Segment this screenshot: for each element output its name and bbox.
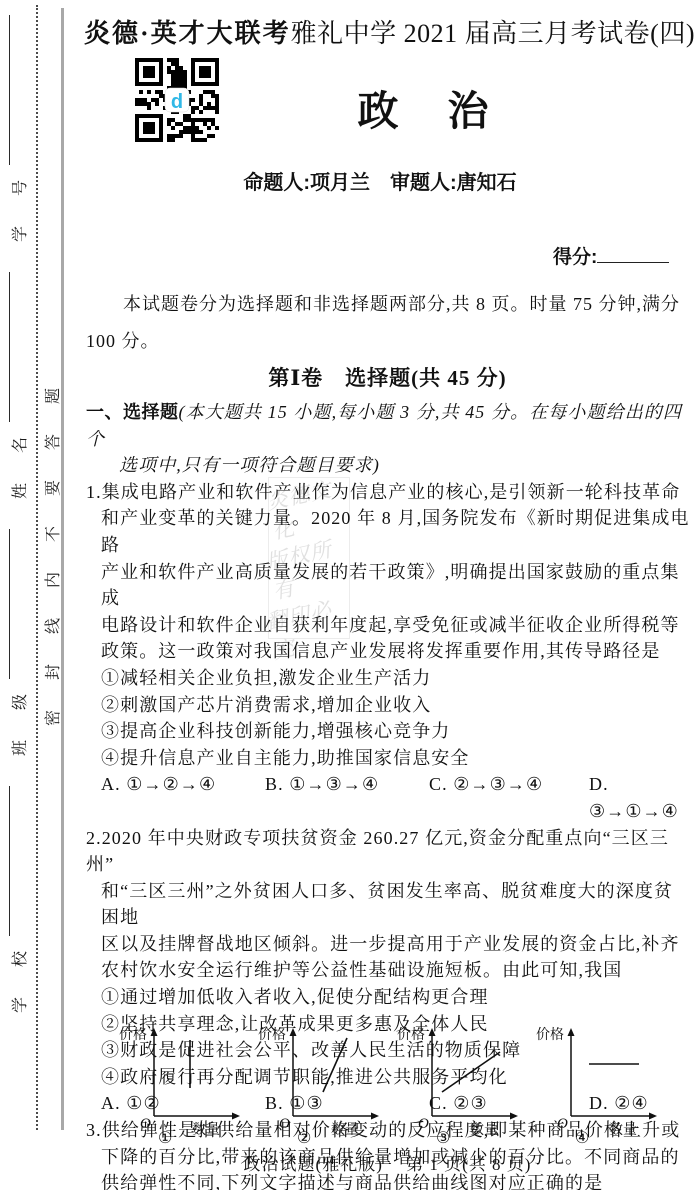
y-axis-arrow xyxy=(151,1028,158,1036)
question-line: 电路设计和软件企业自获利年度起,享受免征或减半征收企业所得税等 xyxy=(86,612,690,639)
question-line: 2.2020 年中央财政专项扶贫资金 260.27 亿元,资金分配重点向“三区三… xyxy=(86,825,690,878)
option-d: D. ③→①→④ xyxy=(589,771,690,824)
statement-item: ②刺激国产芯片消费需求,增加企业收入 xyxy=(86,692,690,719)
y-axis-label: 价格 xyxy=(536,1026,564,1043)
question-line: 和“三区三州”之外贫困人口多、贫困发生率高、脱贫难度大的深度贫困地 xyxy=(86,878,690,931)
options-row: A. ①→②→④ B. ①→③→④ C. ②→③→④ D. ③→①→④ xyxy=(86,771,690,824)
field-blank-school xyxy=(9,786,23,936)
exam-paper-page: 炎德文化 版权所有 翻印必究 学 校班 级姓 名学 号 密封线内不要答题 炎德·… xyxy=(0,0,700,1190)
question-line: 农村饮水安全运行维护等公益性基础设施短板。由此可知,我国 xyxy=(86,957,690,984)
x-axis-arrow xyxy=(510,1113,518,1120)
x-axis-label: 数量 xyxy=(609,1121,637,1138)
supply-curve xyxy=(323,1038,347,1092)
instructions-line: 100 分。 xyxy=(86,328,688,354)
y-axis-label: 价格 xyxy=(119,1026,147,1043)
origin-label: O xyxy=(140,1116,151,1132)
field-blank-class xyxy=(9,529,23,679)
y-axis-arrow xyxy=(290,1028,297,1036)
question-line: 1.集成电路产业和软件产业作为信息产业的核心,是引领新一轮科技革命 xyxy=(86,479,690,506)
option-b: B. ①→③→④ xyxy=(265,771,429,824)
field-label-name: 姓 名 xyxy=(12,424,29,499)
exam-brand: 炎德·英才大联考 xyxy=(84,19,291,48)
directions-lead: 一、选择题 xyxy=(86,402,179,422)
origin-label: O xyxy=(418,1116,429,1132)
seal-dotted-line xyxy=(36,5,38,1130)
statement-item: ③提高企业科技创新能力,增强核心竞争力 xyxy=(86,718,690,745)
field-label-class: 班 级 xyxy=(12,681,29,756)
statement-item: ①通过增加低收入者收入,促使分配结构更合理 xyxy=(86,984,690,1011)
student-info-fields: 学 校班 级姓 名学 号 xyxy=(7,108,33,1013)
x-axis-arrow xyxy=(649,1113,657,1120)
question-line: 和产业变革的关键力量。2020 年 8 月,国务院发布《新时期促进集成电路 xyxy=(86,505,690,558)
graph-4: 价格 O ④ 数量 xyxy=(535,1026,665,1148)
x-axis-label: 数量 xyxy=(470,1121,498,1138)
question-1: 1.集成电路产业和软件产业作为信息产业的核心,是引领新一轮科技革命 和产业变革的… xyxy=(86,479,690,825)
statement-item: ④提升信息产业自主能力,助推国家信息安全 xyxy=(86,745,690,772)
directions-line: 一、选择题(本大题共 15 小题,每小题 3 分,共 45 分。在每小题给出的四… xyxy=(86,399,690,452)
score-blank xyxy=(597,244,669,263)
x-axis-arrow xyxy=(232,1113,240,1120)
origin-label: O xyxy=(557,1116,568,1132)
question-line: 产业和软件产业高质量发展的若干政策》,明确提出国家鼓励的重点集成 xyxy=(86,559,690,612)
x-axis-label: 数量 xyxy=(192,1121,220,1138)
question-line: 供给弹性不同,下列文字描述与商品供给曲线图对应正确的是 xyxy=(86,1170,690,1190)
question-line: 区以及挂牌督战地区倾斜。进一步提高用于产业发展的资金占比,补齐 xyxy=(86,931,690,958)
field-label-student-number: 学 号 xyxy=(12,167,29,242)
statement-item: ①减轻相关企业负担,激发企业生产活力 xyxy=(86,665,690,692)
graph-3: 价格 O ③ 数量 xyxy=(396,1026,526,1148)
graph-number: ④ xyxy=(575,1130,589,1147)
y-axis-label: 价格 xyxy=(258,1026,286,1043)
examiners-line: 命题人:项月兰 审题人:唐知石 xyxy=(60,166,700,195)
field-label-school: 学 校 xyxy=(12,938,29,1013)
instructions-line: 本试题卷分为选择题和非选择题两部分,共 8 页。时量 75 分钟,满分 xyxy=(86,291,688,317)
exam-title: 炎德·英才大联考雅礼中学 2021 届高三月考试卷(四) xyxy=(84,13,692,50)
graph-number: ② xyxy=(297,1130,311,1147)
option-c: C. ②→③→④ xyxy=(429,771,589,824)
score-field: 得分: xyxy=(553,242,669,269)
score-label: 得分: xyxy=(553,247,597,268)
subject-title: 政 治 xyxy=(150,78,700,137)
seal-instruction-text: 密封线内不要答题 xyxy=(40,346,62,726)
graph-1: 价格 O ① 数量 xyxy=(118,1026,248,1148)
field-blank-student-number xyxy=(9,15,23,165)
question-line: 政策。这一政策对我国信息产业发展将发挥重要作用,其传导路径是 xyxy=(86,638,690,665)
graph-number: ① xyxy=(158,1130,172,1147)
y-axis-label: 价格 xyxy=(397,1026,425,1043)
y-axis-arrow xyxy=(568,1028,575,1036)
section-heading: 第Ⅰ卷 选择题(共 45 分) xyxy=(85,362,690,392)
directions-line: 选项中,只有一项符合题目要求) xyxy=(86,452,690,479)
field-blank-name xyxy=(9,272,23,422)
y-axis-arrow xyxy=(429,1028,436,1036)
graph-number: ③ xyxy=(436,1130,450,1147)
exam-title-rest: 雅礼中学 2021 届高三月考试卷(四) xyxy=(291,19,695,48)
exam-instructions: 本试题卷分为选择题和非选择题两部分,共 8 页。时量 75 分钟,满分 100 … xyxy=(86,291,688,354)
supply-curve-graphs: 价格 O ① 数量 价格 O ② 数量 价格 xyxy=(118,1026,665,1148)
x-axis-arrow xyxy=(371,1113,379,1120)
origin-label: O xyxy=(279,1116,290,1132)
graph-2: 价格 O ② 数量 xyxy=(257,1026,387,1148)
supply-curve xyxy=(442,1052,500,1092)
option-a: A. ①→②→④ xyxy=(101,771,265,824)
x-axis-label: 数量 xyxy=(331,1121,359,1138)
